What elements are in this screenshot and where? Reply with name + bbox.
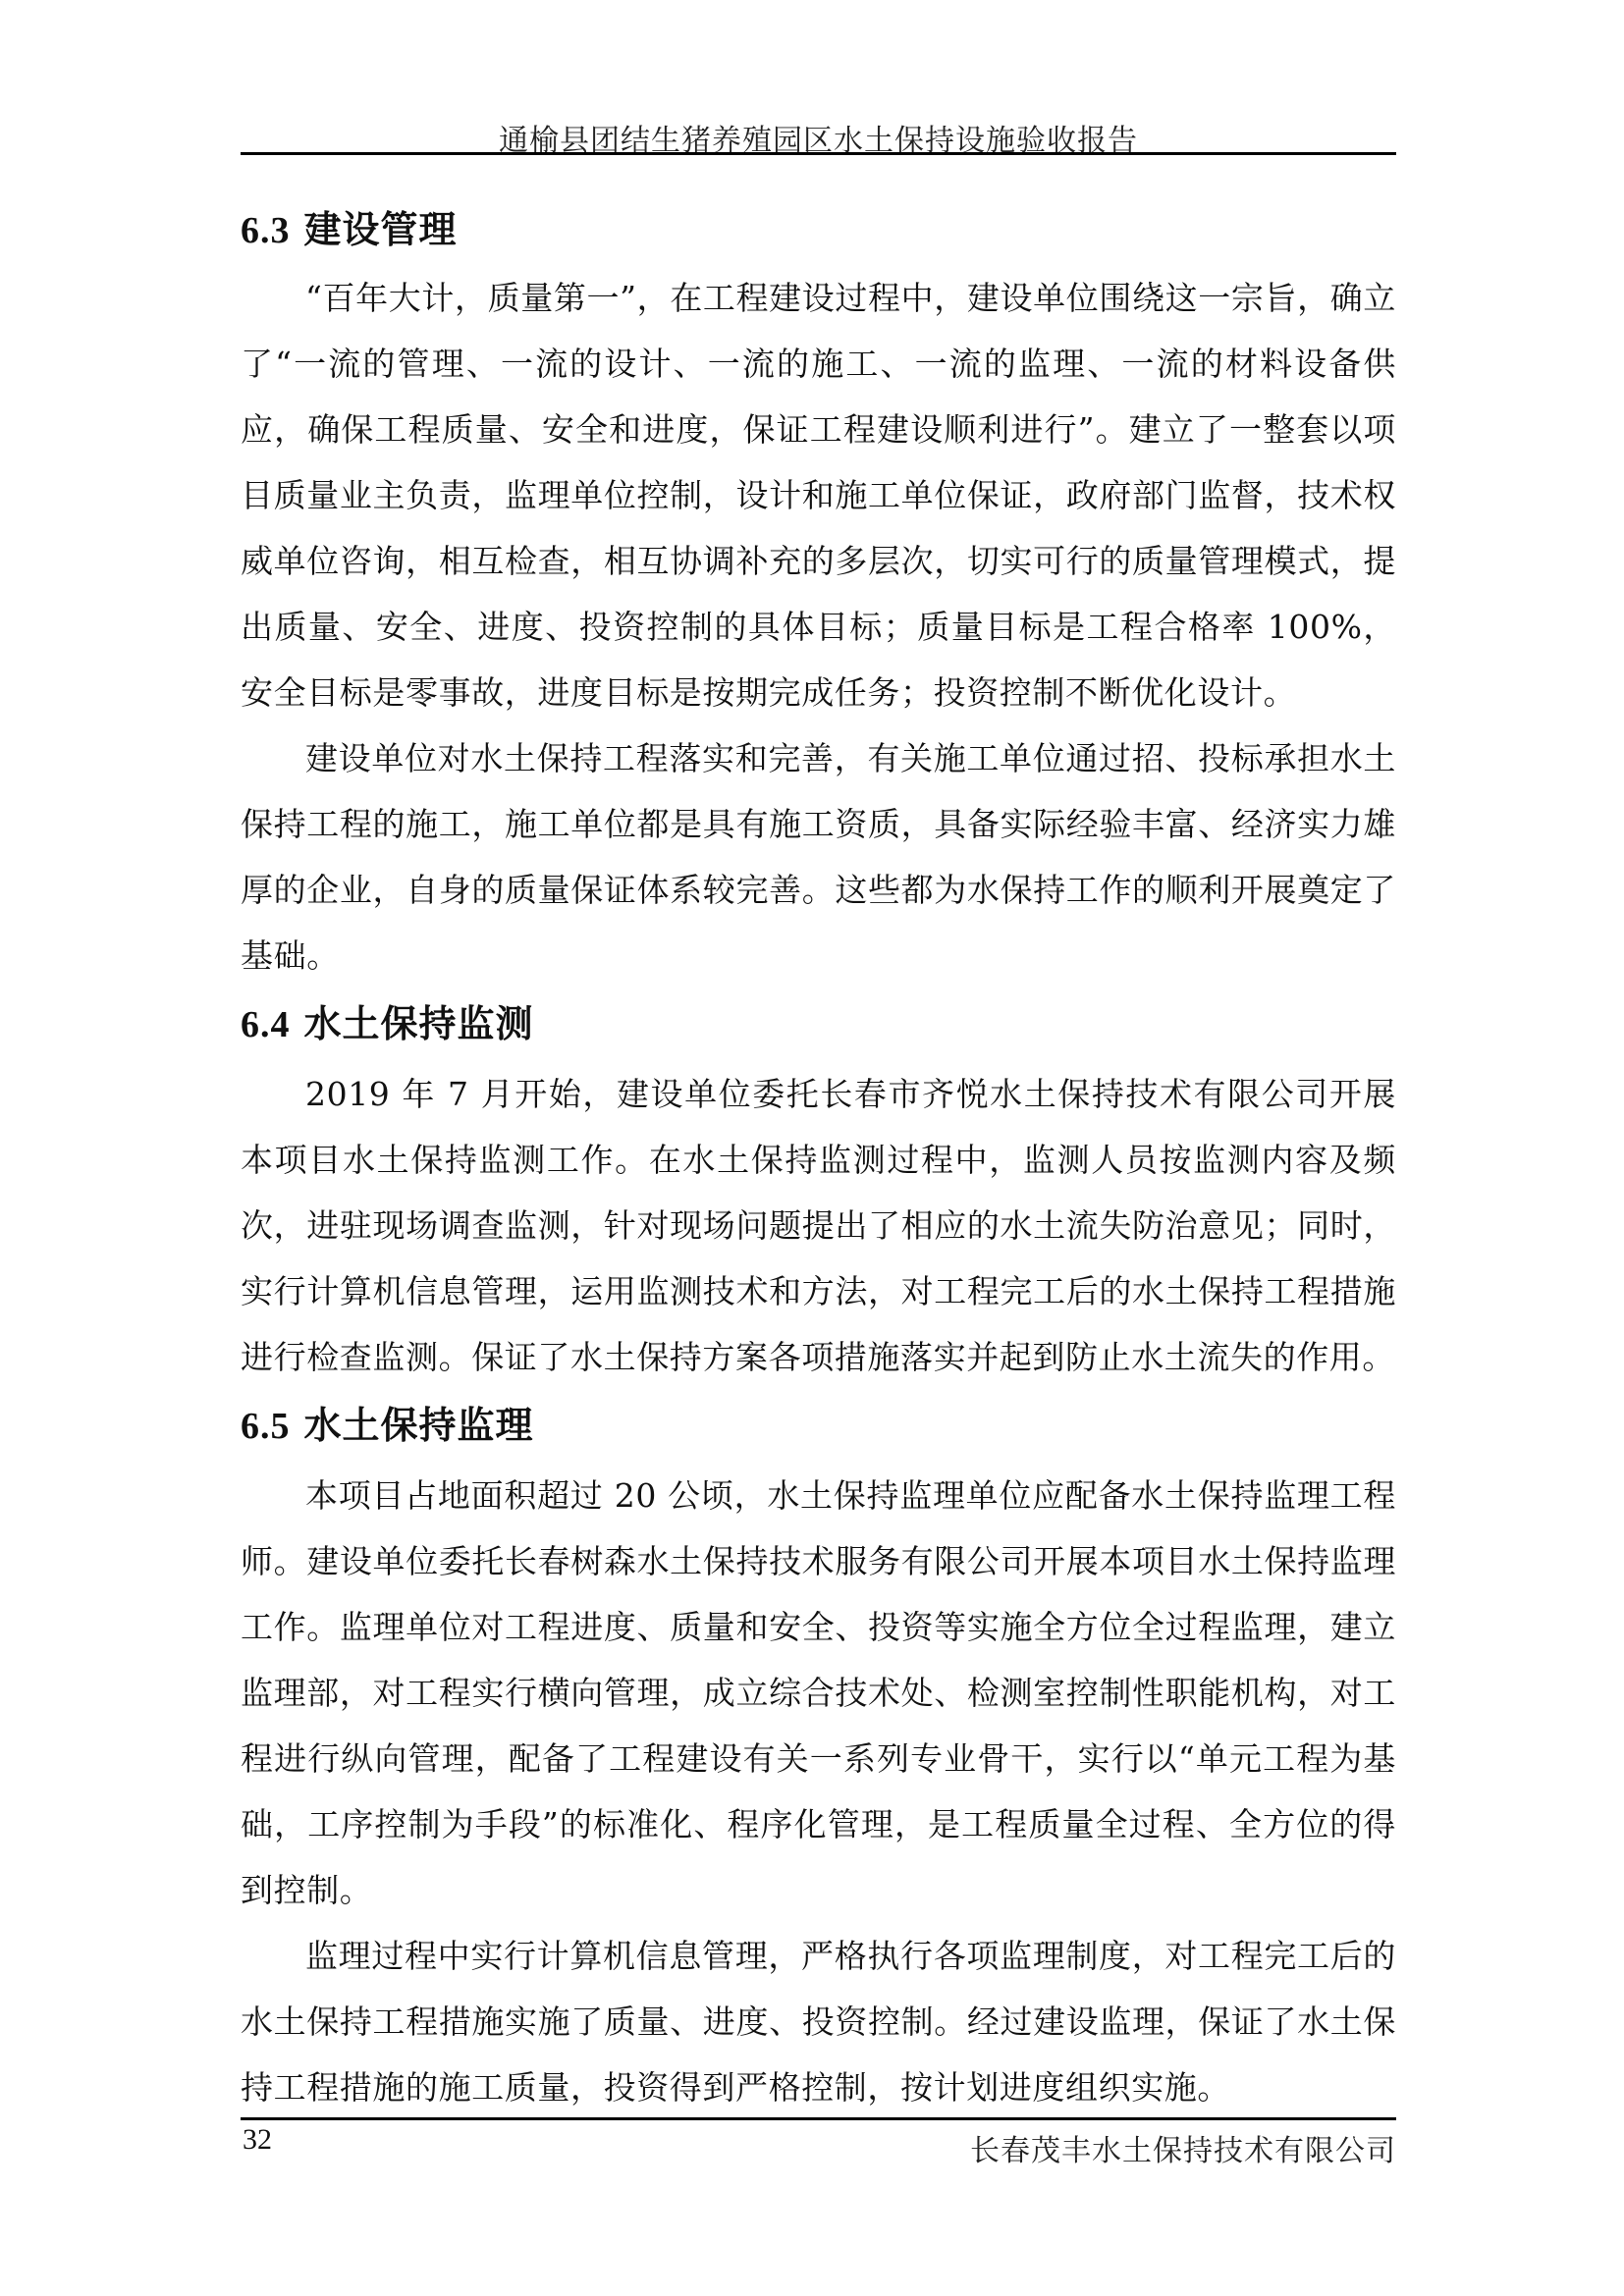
page-body: 6.3建设管理 “百年大计，质量第一”，在工程建设过程中，建设单位围绕这一宗旨，… — [241, 208, 1396, 2120]
paragraph: 2019 年 7 月开始，建设单位委托长春市齐悦水土保持技术有限公司开展本项目水… — [241, 1061, 1396, 1390]
footer-divider — [241, 2117, 1396, 2120]
section-title: 建设管理 — [304, 208, 458, 251]
header-divider — [241, 152, 1396, 155]
paragraph: 本项目占地面积超过 20 公顷，水土保持监理单位应配备水土保持监理工程师。建设单… — [241, 1463, 1396, 1923]
section-title: 水土保持监测 — [304, 1002, 534, 1045]
section-6-4: 6.4水土保持监测 2019 年 7 月开始，建设单位委托长春市齐悦水土保持技术… — [241, 994, 1396, 1390]
company-name: 长春茂丰水土保持技术有限公司 — [970, 2126, 1396, 2169]
section-6-5: 6.5水土保持监理 本项目占地面积超过 20 公顷，水土保持监理单位应配备水土保… — [241, 1396, 1396, 2120]
section-title: 水土保持监理 — [304, 1404, 534, 1447]
paragraph: 监理过程中实行计算机信息管理，严格执行各项监理制度，对工程完工后的水土保持工程措… — [241, 1923, 1396, 2120]
paragraph: 建设单位对水土保持工程落实和完善，有关施工单位通过招、投标承担水土保持工程的施工… — [241, 725, 1396, 988]
section-heading: 6.4水土保持监测 — [241, 994, 1396, 1055]
section-6-3: 6.3建设管理 “百年大计，质量第一”，在工程建设过程中，建设单位围绕这一宗旨，… — [241, 200, 1396, 988]
section-number: 6.4 — [241, 1004, 291, 1045]
section-number: 6.5 — [241, 1406, 291, 1447]
page-number: 32 — [243, 2123, 272, 2157]
section-number: 6.3 — [241, 210, 291, 251]
section-heading: 6.5水土保持监理 — [241, 1396, 1396, 1457]
paragraph: “百年大计，质量第一”，在工程建设过程中，建设单位围绕这一宗旨，确立了“一流的管… — [241, 265, 1396, 725]
section-heading: 6.3建设管理 — [241, 200, 1396, 261]
